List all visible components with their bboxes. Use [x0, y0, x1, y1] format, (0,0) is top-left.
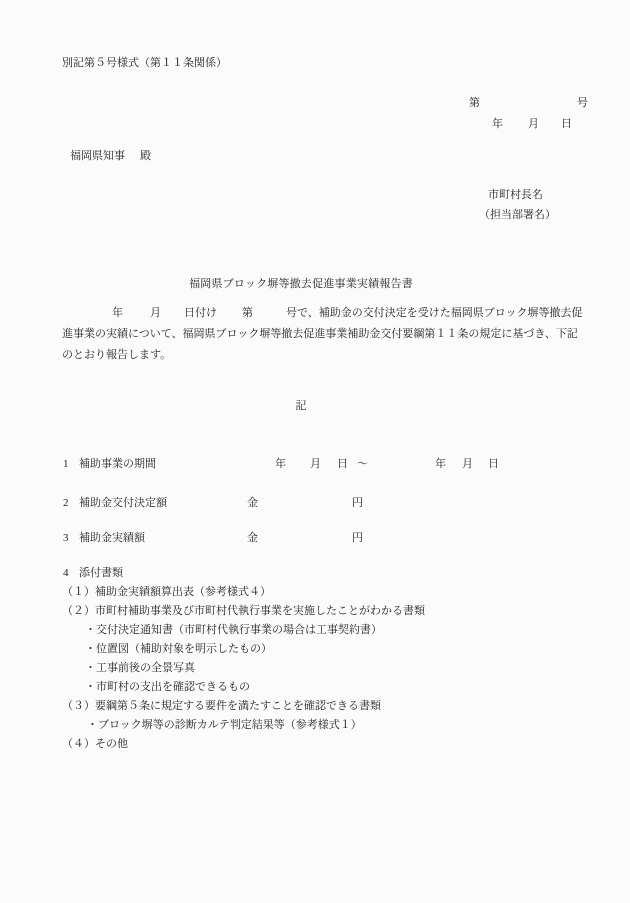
sender-name: 市町村長名: [488, 188, 543, 202]
date-month-label: 月: [528, 117, 539, 131]
opening-day-label: 日付け: [184, 306, 217, 320]
item-period: 1 補助事業の期間 年 月 日 ～ 年 月 日: [0, 457, 630, 472]
attachment-bullet-photos: ・工事前後の全景写真: [85, 661, 195, 675]
grant-decision-kin: 金: [247, 496, 258, 510]
opening-number-prefix: 第: [242, 306, 253, 320]
sender-department: （担当部署名）: [479, 208, 556, 222]
doc-number-suffix: 号: [577, 96, 588, 110]
period-start-month: 月: [310, 457, 321, 471]
attachment-item-1: （１）補助金実績額算出表（参考様式４）: [62, 585, 271, 599]
item-attachments-label: 添付書類: [79, 566, 123, 580]
document-page: 別記第５号様式（第１１条関係） 第 号 年 月 日 福岡県知事 殿 市町村長名 …: [0, 0, 630, 903]
opening-paragraph-line1: 年 月 日付け 第 号で、補助金の交付決定を受けた福岡県ブロック塀等撤去促: [0, 306, 630, 321]
period-end-month: 月: [462, 457, 473, 471]
attachment-item-4: （４）その他: [62, 737, 128, 751]
form-style-note: 別記第５号様式（第１１条関係）: [62, 56, 227, 70]
attachment-bullet-notice: ・交付決定通知書（市町村代執行事業の場合は工事契約書）: [85, 623, 382, 637]
grant-decision-yen: 円: [352, 496, 363, 510]
addressee-line: 福岡県知事 殿: [0, 149, 630, 164]
item-attachments-heading: 4 添付書類: [0, 566, 630, 581]
attachment-bullet-diagnosis-result: ・ブロック塀等の診断カルテ判定結果等（参考様式１）: [87, 718, 362, 732]
period-start-day: 日: [337, 457, 348, 471]
period-start-year: 年: [275, 457, 286, 471]
item-period-label: 補助事業の期間: [79, 457, 156, 471]
document-title: 福岡県ブロック塀等撤去促進事業実績報告書: [0, 277, 602, 291]
ki-marker: 記: [0, 399, 602, 413]
period-end-year: 年: [435, 457, 446, 471]
grant-actual-yen: 円: [352, 531, 363, 545]
date-year-label: 年: [492, 117, 503, 131]
item-grant-actual-label: 補助金実績額: [79, 531, 145, 545]
doc-number-prefix: 第: [469, 96, 480, 110]
addressee-honorific: 殿: [140, 149, 151, 163]
period-tilde: ～: [357, 457, 368, 471]
opening-paragraph-line3: のとおり報告します。: [62, 348, 171, 362]
attachment-item-3: （３）要綱第５条に規定する要件を満たすことを確認できる書類: [62, 699, 381, 713]
item-grant-actual-amount: 3 補助金実績額 金 円: [0, 531, 630, 546]
grant-actual-kin: 金: [247, 531, 258, 545]
attachment-bullet-location-map: ・位置図（補助対象を明示したもの）: [85, 642, 272, 656]
addressee-name: 福岡県知事: [70, 149, 125, 163]
item-period-number: 1: [63, 457, 69, 471]
opening-line1-text: 号で、補助金の交付決定を受けた福岡県ブロック塀等撤去促: [286, 306, 583, 320]
item-grant-actual-number: 3: [63, 531, 69, 545]
attachment-bullet-expenditure: ・市町村の支出を確認できるもの: [85, 680, 250, 694]
opening-paragraph-line2: 進事業の実績について、福岡県ブロック塀等撤去促進事業補助金交付要綱第１１条の規定…: [62, 327, 578, 341]
date-day-label: 日: [561, 117, 572, 131]
date-line: 年 月 日: [0, 117, 630, 132]
attachment-item-2: （２）市町村補助事業及び市町村代執行事業を実施したことがわかる書類: [62, 604, 425, 618]
item-grant-decision-amount: 2 補助金交付決定額 金 円: [0, 496, 630, 511]
doc-number-line: 第 号: [0, 96, 630, 111]
item-grant-decision-label: 補助金交付決定額: [79, 496, 167, 510]
item-grant-decision-number: 2: [63, 496, 69, 510]
opening-year-label: 年: [112, 306, 123, 320]
period-end-day: 日: [488, 457, 499, 471]
opening-month-label: 月: [150, 306, 161, 320]
item-attachments-number: 4: [63, 566, 69, 580]
